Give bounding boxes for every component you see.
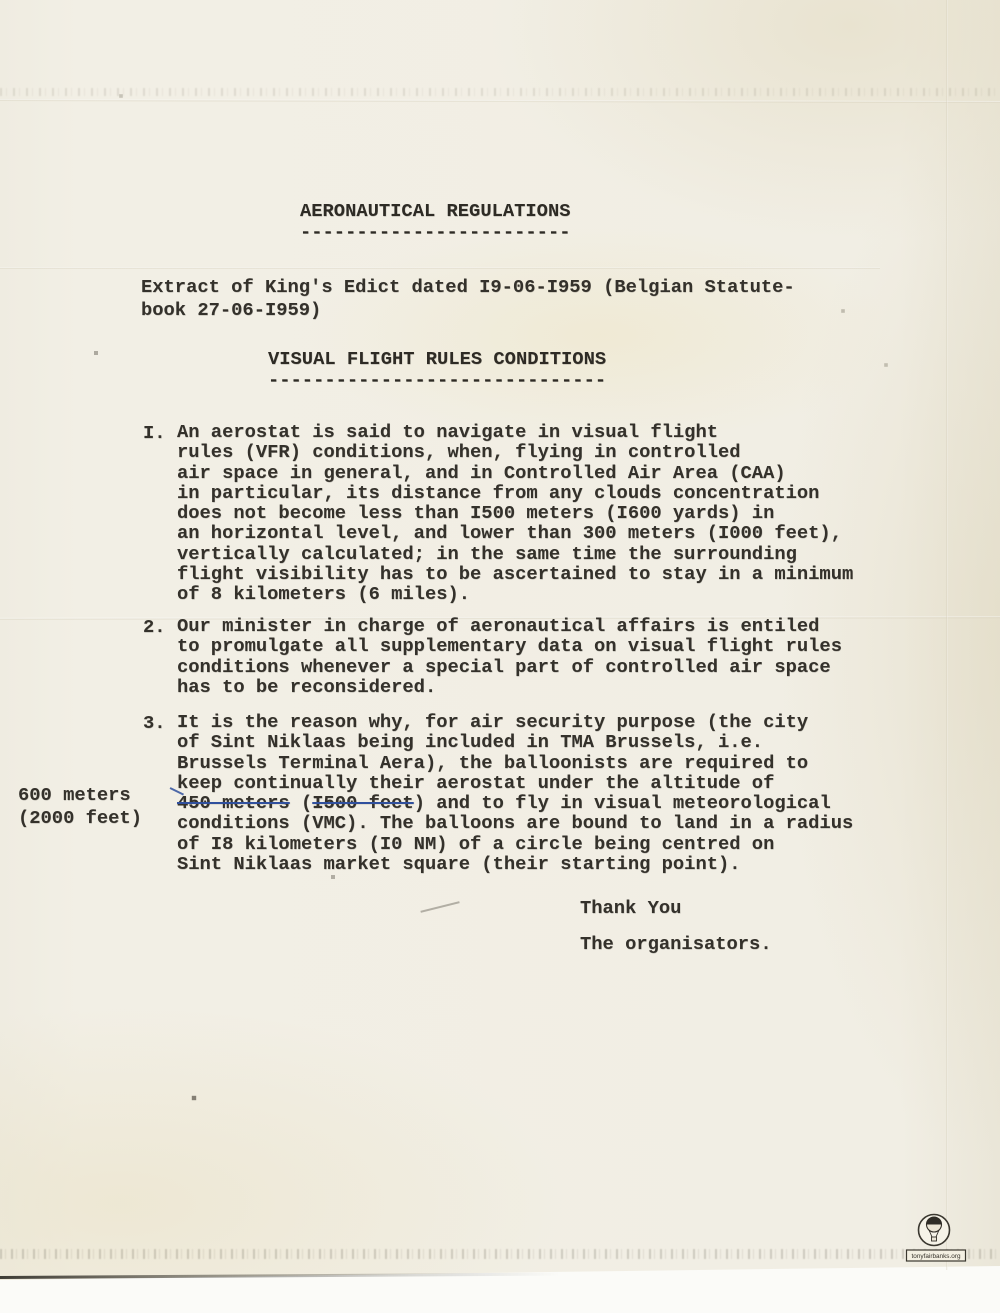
document-title: AERONAUTICAL REGULATIONS — [300, 200, 571, 222]
signature-text: The organisators. — [580, 933, 772, 955]
hot-air-balloon-icon: tonyfairbanks.org — [904, 1212, 968, 1264]
item-text: An aerostat is said to navigate in visua… — [177, 422, 853, 605]
margin-annotation: 600 meters(2000 feet) — [18, 784, 142, 830]
regulation-item-3: 3. It is the reason why, for air securit… — [143, 712, 903, 800]
subtitle-underline: ------------------------------ — [268, 369, 606, 391]
regulation-item-1: I. An aerostat is said to navigate in vi… — [143, 422, 903, 510]
item-number: I. — [143, 422, 166, 444]
paper-specks — [0, 0, 2, 2]
paper-crease-vertical — [946, 0, 948, 1270]
document-subtitle: VISUAL FLIGHT RULES CONDITIONS — [268, 348, 606, 370]
intro-text: Extract of King's Edict dated I9-06-I959… — [141, 276, 795, 321]
title-underline: ------------------------ — [300, 221, 571, 243]
regulation-item-2: 2. Our minister in charge of aeronautica… — [143, 616, 903, 704]
watermark-logo: tonyfairbanks.org — [904, 1212, 968, 1264]
item-text: It is the reason why, for air security p… — [177, 712, 853, 874]
bleed-through-band-bottom — [0, 1249, 1000, 1259]
scanned-document: AERONAUTICAL REGULATIONS ---------------… — [0, 0, 1000, 1313]
watermark-label: tonyfairbanks.org — [911, 1253, 960, 1260]
item-number: 2. — [143, 616, 166, 638]
paper-crease — [0, 267, 880, 269]
bleed-through-band-top — [0, 88, 1000, 96]
thank-you-text: Thank You — [580, 897, 681, 919]
item-text: Our minister in charge of aeronautical a… — [177, 616, 842, 697]
item-number: 3. — [143, 712, 166, 734]
